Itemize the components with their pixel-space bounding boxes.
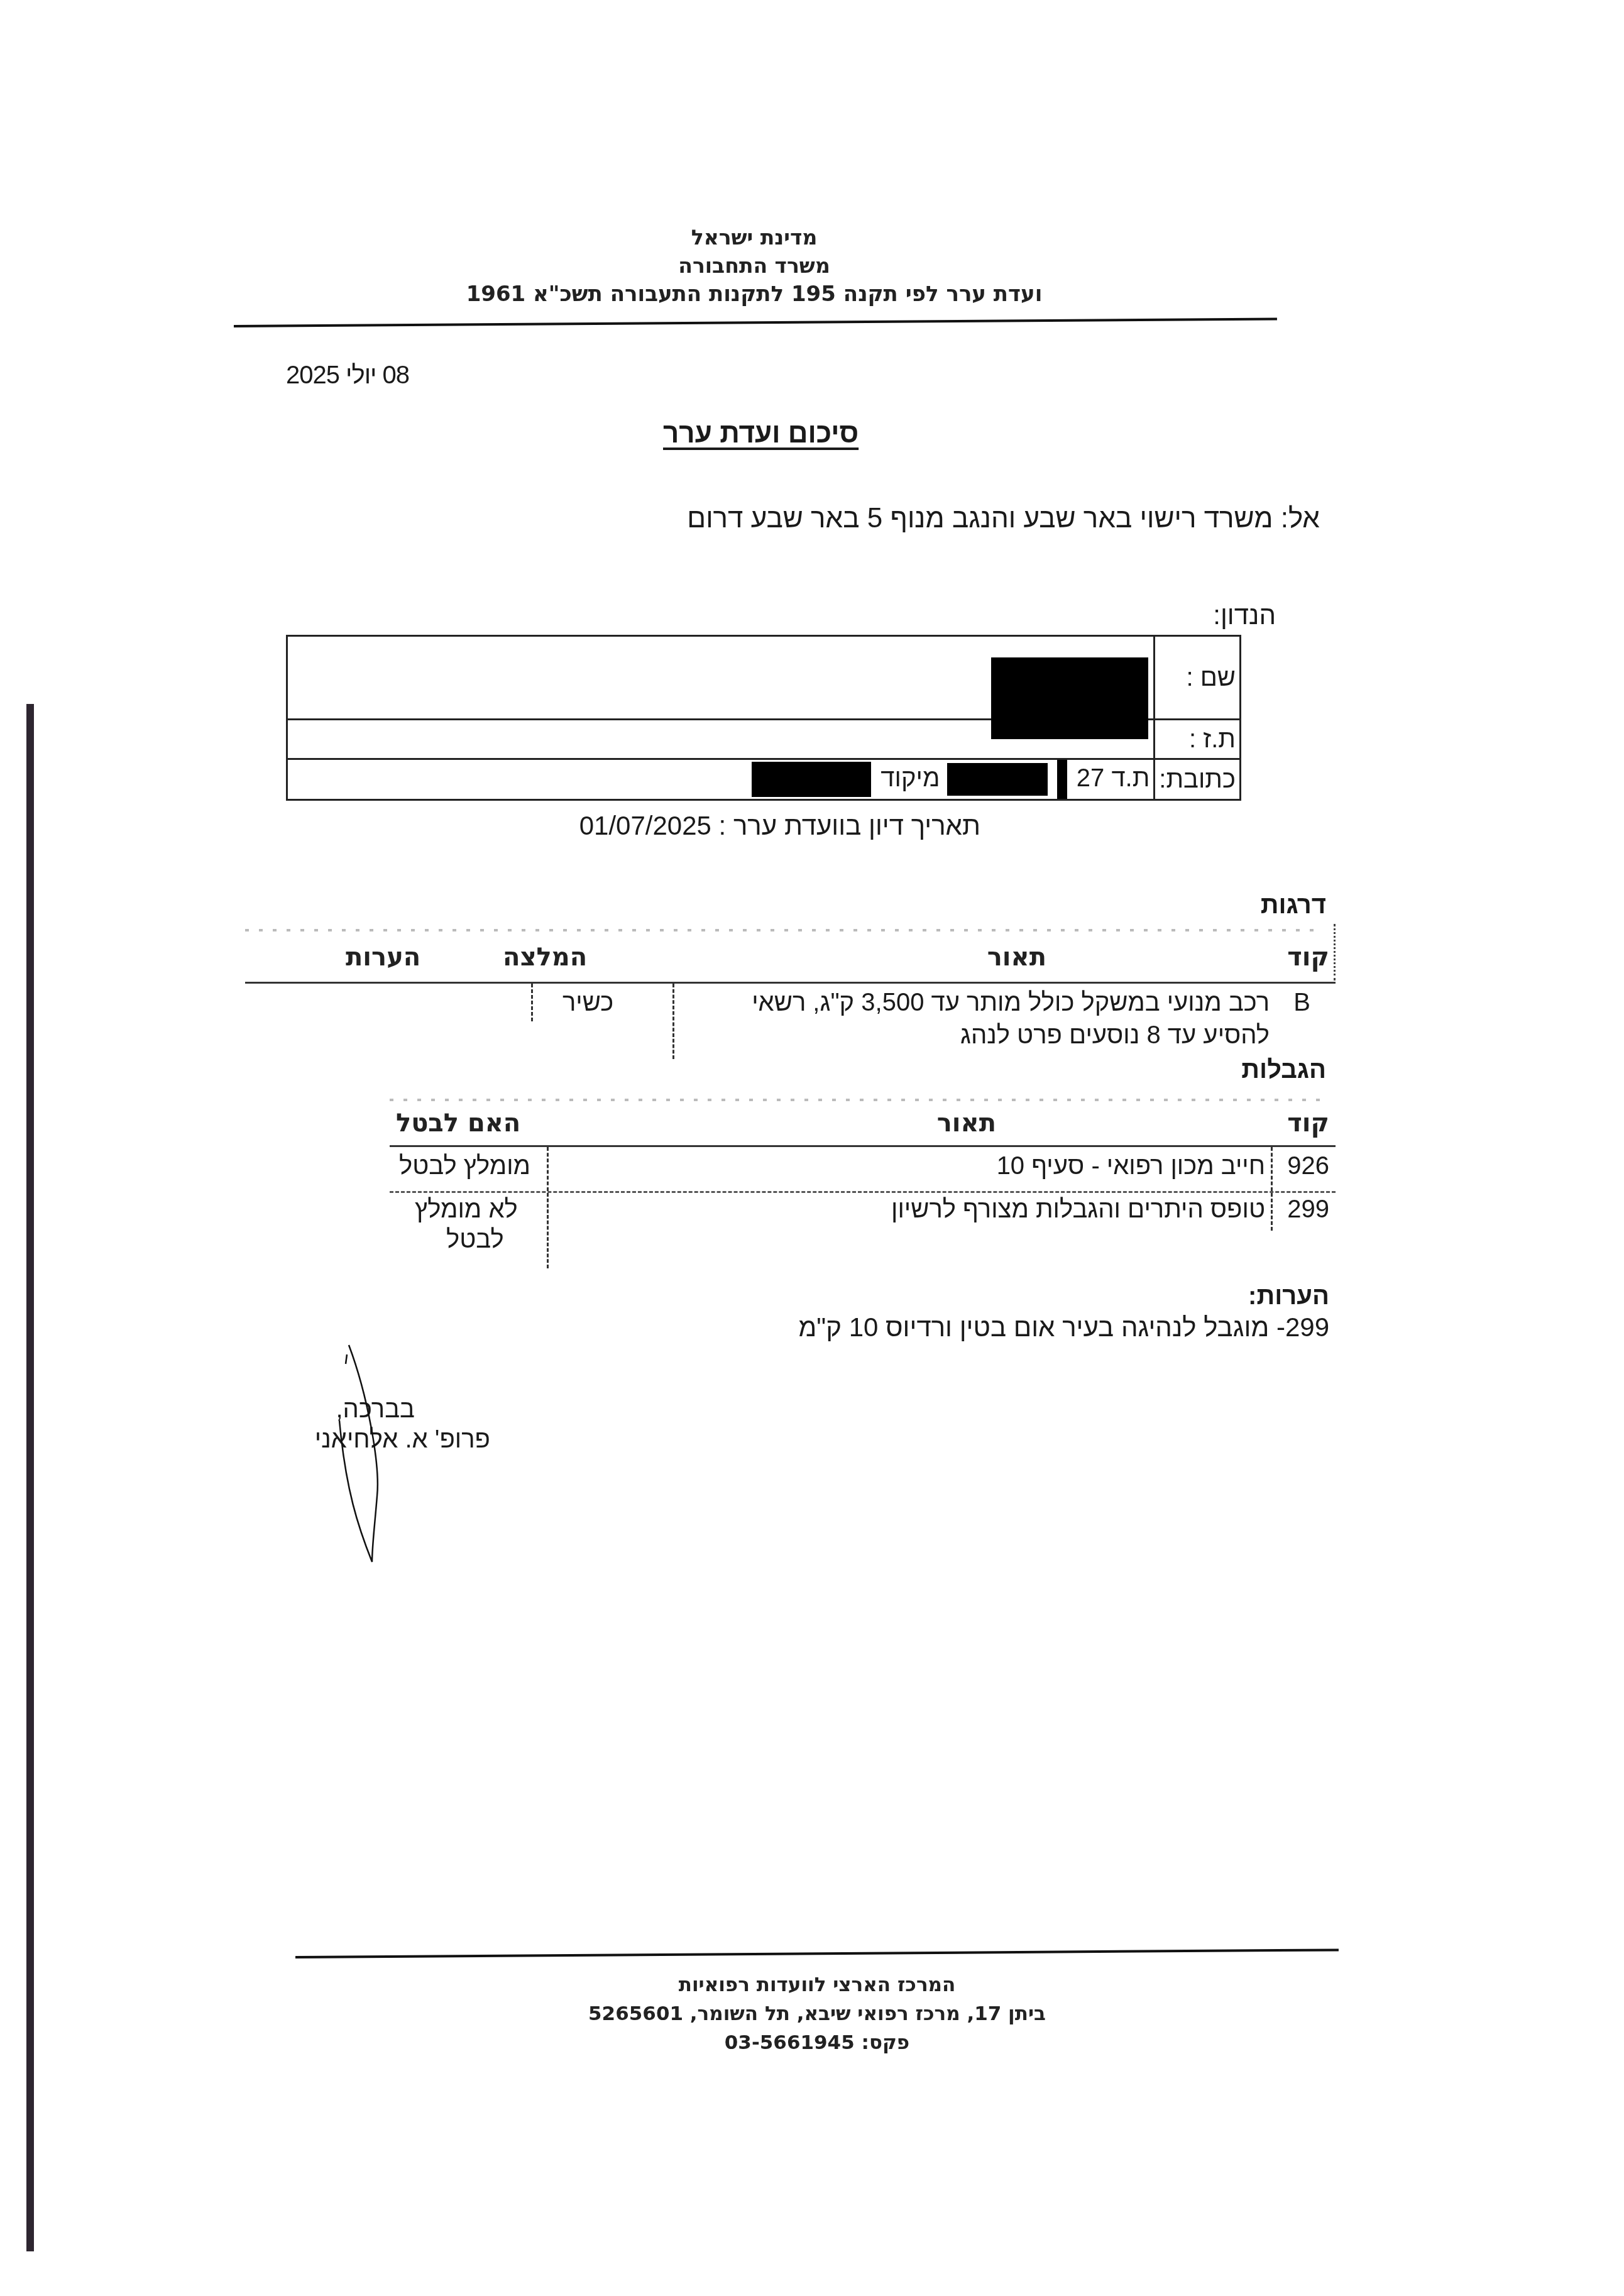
col-description: תאור — [937, 1109, 996, 1138]
redaction-box — [991, 657, 1148, 739]
redaction-box — [1057, 760, 1067, 799]
grade-row: B רכב מנועי במשקל כולל מותר עד 3,500 ק"ג… — [245, 984, 1336, 1059]
document-date: 08 יולי 2025 — [286, 361, 409, 390]
restriction-code: 926 — [1287, 1152, 1329, 1180]
subject-row-name: שם : — [287, 636, 1241, 720]
grade-recommendation: כשיר — [562, 989, 613, 1017]
col-notes: הערות — [346, 943, 420, 972]
hearing-date: תאריך דיון בוועדת ערר : 01/07/2025 — [540, 811, 980, 841]
footer-fax: פקס: 03-5661945 — [440, 2031, 1194, 2054]
redaction-box — [947, 763, 1048, 796]
address-label: כתובת: — [1155, 759, 1241, 800]
po-box: ת.ד 27 — [1077, 764, 1150, 792]
restriction-cancel: מומלץ לבטל — [399, 1152, 530, 1180]
handwritten-signature-icon — [333, 1339, 409, 1590]
grades-heading: דרגות — [1194, 891, 1326, 920]
recipient-line: אל: משרד רישוי באר שבע והנגב מנוף 5 באר … — [685, 503, 1320, 534]
grade-description-line2: להסיע עד 8 נוסעים פרט לנהג — [960, 1021, 1270, 1050]
restriction-cancel-line1: לא מומלץ — [415, 1195, 518, 1224]
notes-text: 299- מוגבל לנהיגה בעיר אום בטין ורדיוס 1… — [742, 1312, 1329, 1343]
footer-divider — [295, 1948, 1339, 1958]
name-label: שם : — [1155, 636, 1241, 720]
restriction-row: 299 טופס היתרים והגבלות מצורף לרשיון לא … — [390, 1193, 1336, 1268]
grade-description-line1: רכב מנועי במשקל כולל מותר עד 3,500 ק"ג, … — [752, 989, 1270, 1017]
address-value: ת.ד 27 מיקוד — [287, 759, 1155, 800]
letterhead-state: מדינת ישראל — [440, 225, 1068, 250]
col-code: קוד — [1287, 943, 1329, 972]
document-title: סיכום ועדת ערר — [663, 418, 859, 449]
restriction-code: 299 — [1287, 1195, 1329, 1224]
letterhead-committee: ועדת ערר לפי תקנה 195 לתקנות התעבורה תשכ… — [440, 282, 1068, 307]
subject-row-address: כתובת: ת.ד 27 מיקוד — [287, 759, 1241, 800]
col-recommendation: המלצה — [503, 943, 587, 972]
col-cancel: האם לבטל — [396, 1109, 520, 1138]
col-code: קוד — [1287, 1109, 1329, 1138]
restriction-cancel-line2: לבטל — [446, 1226, 504, 1254]
col-description: תאור — [987, 943, 1046, 972]
grades-header-row: קוד תאור המלצה הערות — [245, 924, 1336, 984]
footer-address: ביתן 17, מרכז רפואי שיבא, תל השומר, 5265… — [440, 2002, 1194, 2025]
id-label: ת.ז : — [1155, 720, 1241, 759]
scan-noise — [390, 1099, 1323, 1101]
grade-code: B — [1293, 989, 1310, 1017]
restrictions-heading: הגבלות — [1194, 1056, 1326, 1084]
footer-org: המרכז הארצי לוועדות רפואיות — [440, 1974, 1194, 1996]
grades-table: קוד תאור המלצה הערות B רכב מנועי במשקל כ… — [245, 924, 1336, 1059]
name-value — [287, 636, 1155, 720]
zip-label: מיקוד — [881, 764, 940, 792]
restriction-description: חייב מכון רפואי - סעיף 10 — [997, 1152, 1265, 1180]
restrictions-header-row: קוד תאור האם לבטל — [390, 1094, 1336, 1147]
redaction-box — [752, 762, 871, 797]
restriction-row: 926 חייב מכון רפואי - סעיף 10 מומלץ לבטל — [390, 1147, 1336, 1193]
subject-table: שם : ת.ז : כתובת: ת.ד 27 מיקוד — [286, 635, 1241, 801]
letterhead-ministry: משרד התחבורה — [440, 253, 1068, 278]
restriction-description: טופס היתרים והגבלות מצורף לרשיון — [891, 1195, 1265, 1224]
header-divider — [234, 317, 1277, 327]
notes-heading: הערות: — [1194, 1282, 1329, 1310]
scanner-edge-line — [26, 704, 34, 2251]
scan-noise — [245, 929, 1323, 931]
subject-label: הנדון: — [1188, 600, 1276, 630]
restrictions-table: קוד תאור האם לבטל 926 חייב מכון רפואי - … — [390, 1094, 1336, 1268]
